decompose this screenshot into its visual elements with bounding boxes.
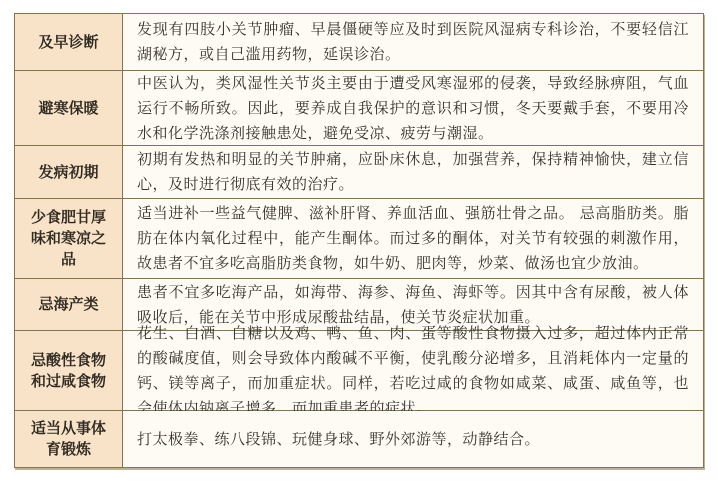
table-row: 及早诊断 发现有四肢小关节肿瘤、早晨僵硬等应及时到医院风湿病专科诊治，不要轻信江… (15, 14, 703, 71)
row-header-cell: 少食肥甘厚味和寒凉之品 (15, 199, 123, 278)
row-header-cell: 及早诊断 (15, 14, 123, 70)
table-row: 避寒保暖 中医认为，类风湿性关节炎主要由于遭受风寒湿邪的侵袭，导致经脉痹阻，气血… (15, 71, 703, 146)
row-header-cell: 避寒保暖 (15, 71, 123, 145)
table-row: 发病初期 初期有发热和明显的关节肿痛，应卧床休息，加强营养，保持精神愉快，建立信… (15, 146, 703, 199)
table-row: 少食肥甘厚味和寒凉之品 适当进补一些益气健脾、滋补肝肾、养血活血、强筋壮骨之品。… (15, 199, 703, 279)
row-body-cell: 打太极拳、练八段锦、玩健身球、野外郊游等，动静结合。 (123, 411, 703, 467)
health-care-table: 及早诊断 发现有四肢小关节肿瘤、早晨僵硬等应及时到医院风湿病专科诊治，不要轻信江… (14, 13, 704, 468)
row-body-cell: 花生、白酒、白糖以及鸡、鸭、鱼、肉、蛋等酸性食物摄入过多，超过体内正常的酸碱度值… (123, 331, 703, 410)
row-body-cell: 中医认为，类风湿性关节炎主要由于遭受风寒湿邪的侵袭，导致经脉痹阻，气血运行不畅所… (123, 71, 703, 145)
row-body-cell: 初期有发热和明显的关节肿痛，应卧床休息，加强营养，保持精神愉快，建立信心，及时进… (123, 146, 703, 198)
row-body-cell: 发现有四肢小关节肿瘤、早晨僵硬等应及时到医院风湿病专科诊治，不要轻信江湖秘方，或… (123, 14, 703, 70)
row-header-cell: 发病初期 (15, 146, 123, 198)
row-body-cell: 适当进补一些益气健脾、滋补肝肾、养血活血、强筋壮骨之品。 忌高脂肪类。脂肪在体内… (123, 199, 703, 278)
row-header-cell: 适当从事体育锻炼 (15, 411, 123, 467)
table-row: 适当从事体育锻炼 打太极拳、练八段锦、玩健身球、野外郊游等，动静结合。 (15, 411, 703, 467)
table-row: 忌酸性食物和过咸食物 花生、白酒、白糖以及鸡、鸭、鱼、肉、蛋等酸性食物摄入过多，… (15, 331, 703, 411)
row-header-cell: 忌海产类 (15, 279, 123, 330)
row-header-cell: 忌酸性食物和过咸食物 (15, 331, 123, 410)
